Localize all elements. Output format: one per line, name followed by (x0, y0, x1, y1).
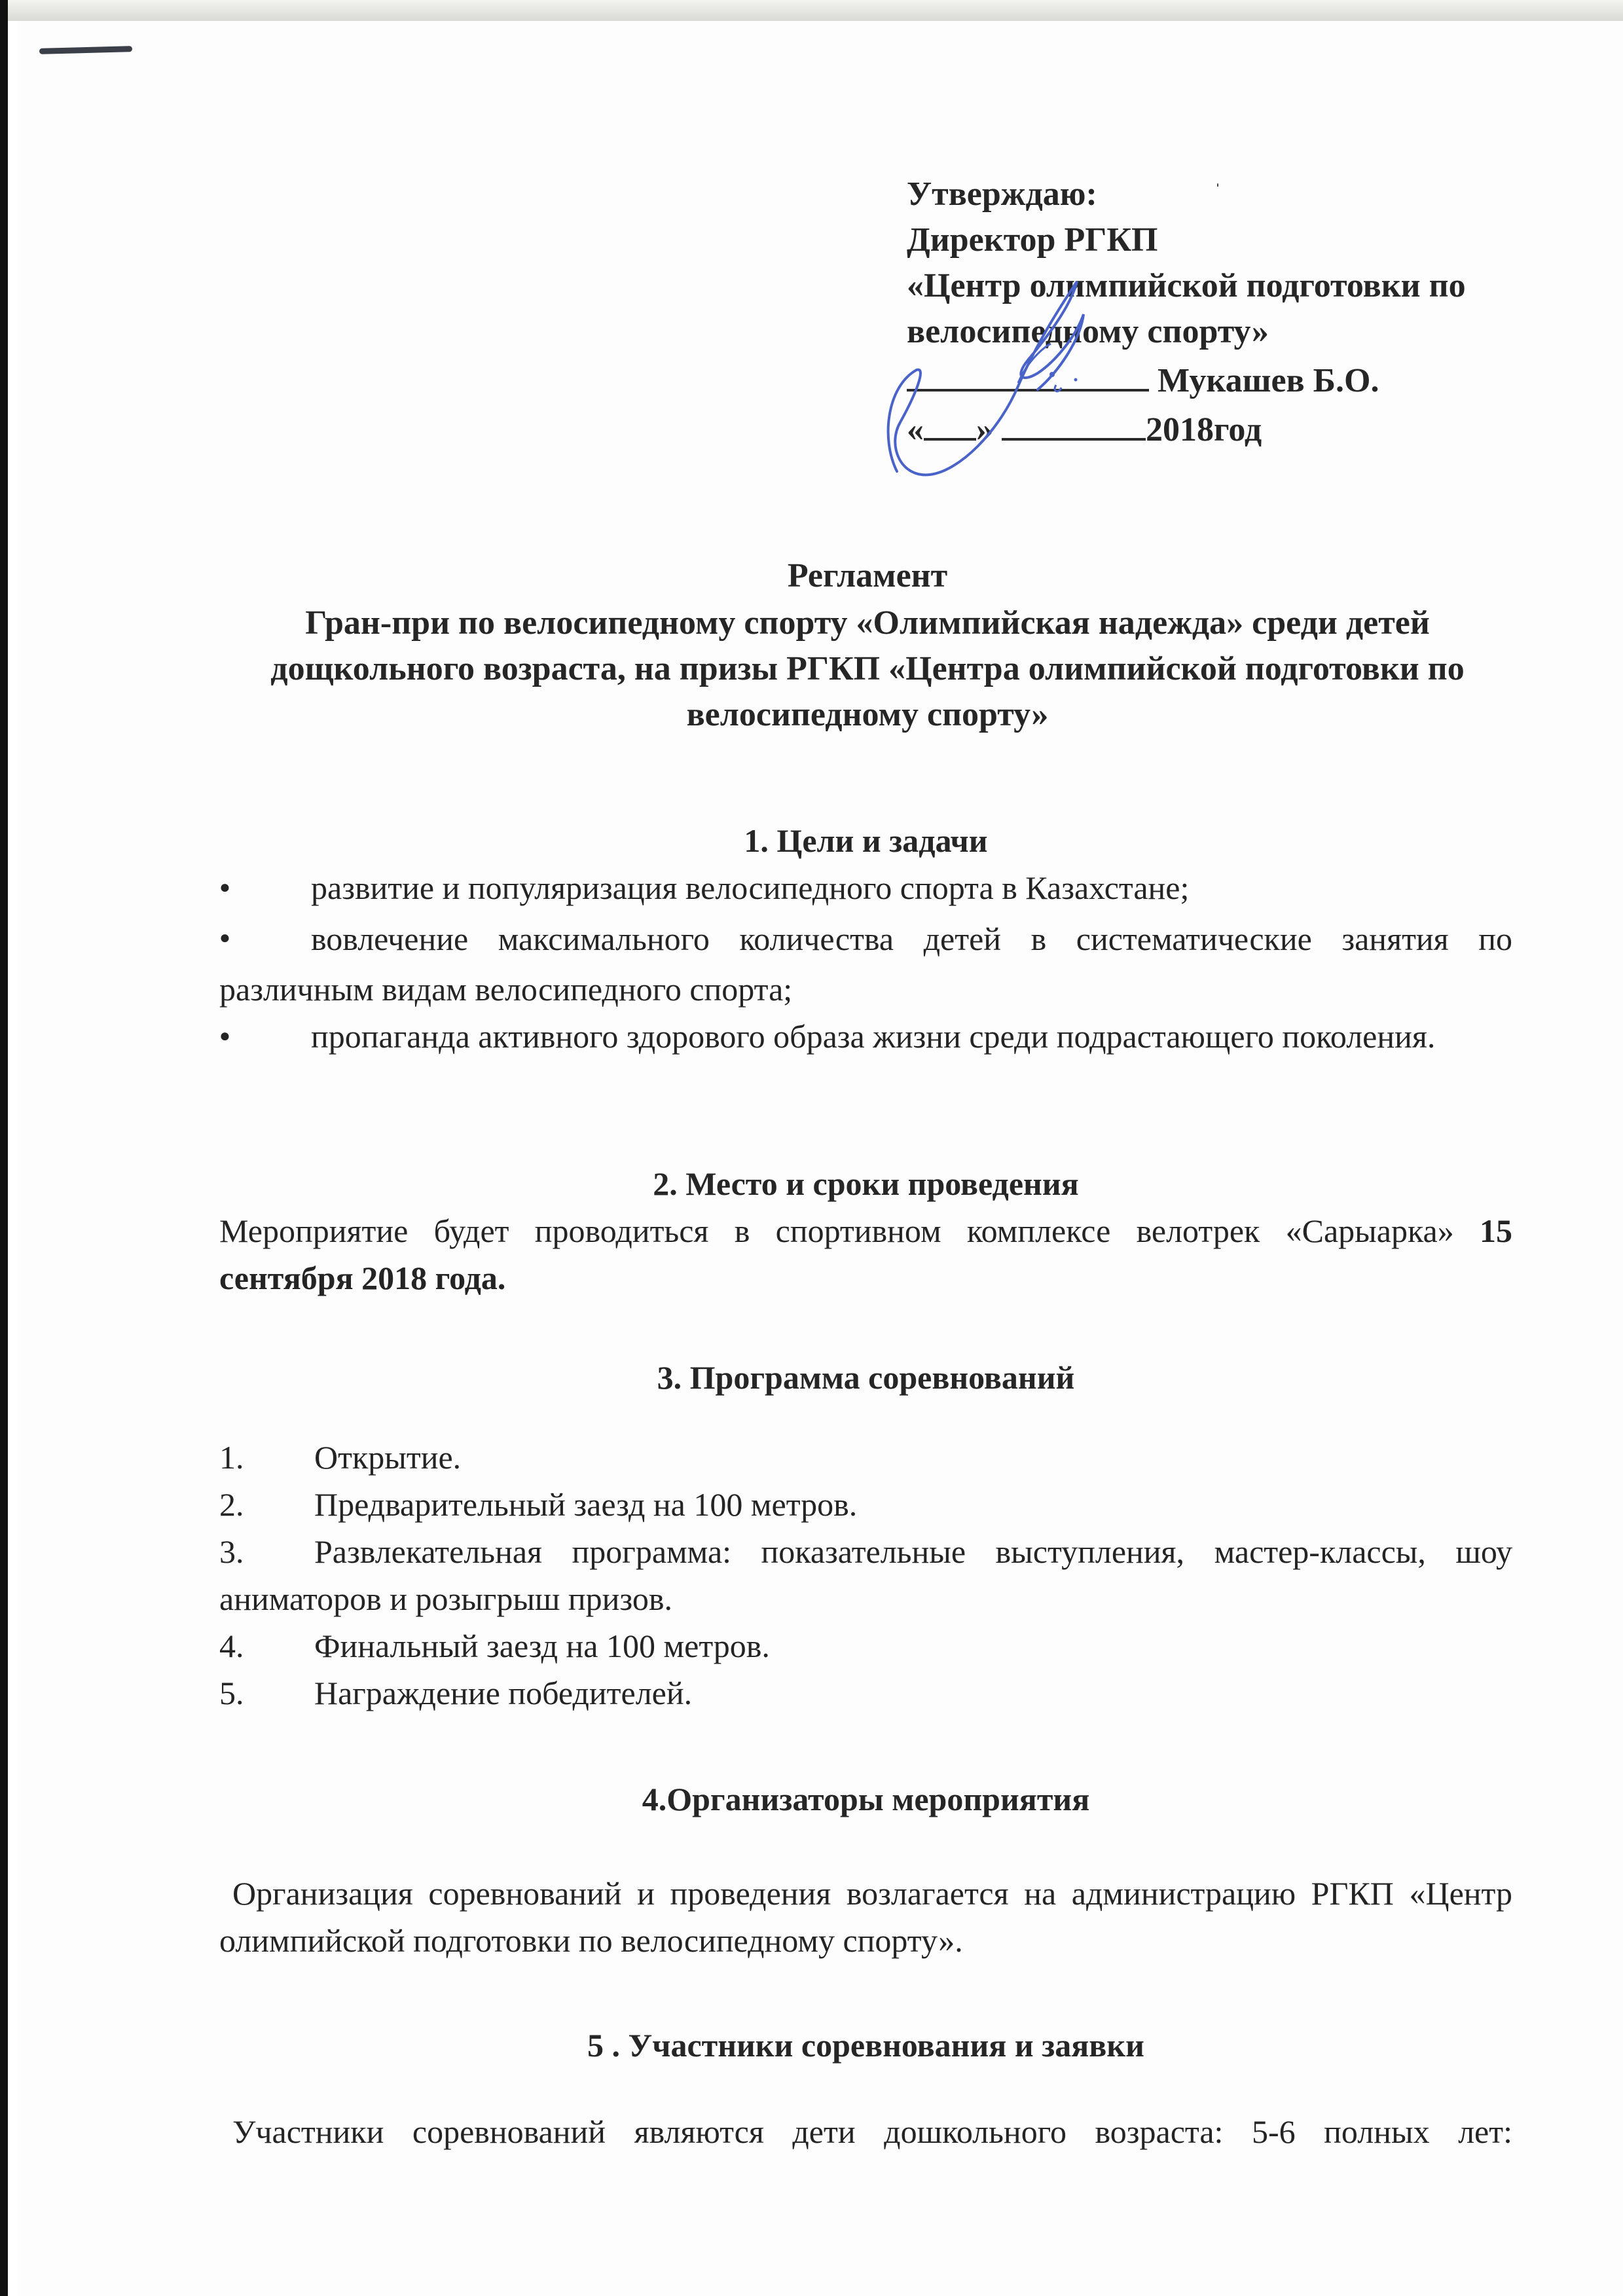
date-close-quote: » (976, 411, 993, 448)
list-item: 2.Предварительный заезд на 100 метров. (219, 1481, 1512, 1528)
list-item-text: Развлекательная программа: показательные… (219, 1533, 1512, 1617)
list-item-text: пропаганда активного здорового образа жи… (311, 1018, 1435, 1055)
approver-position: Директор РГКП (907, 217, 1548, 263)
list-item-number: 5. (219, 1669, 314, 1717)
list-item: 5.Награждение победителей. (219, 1669, 1512, 1717)
document-title-block: Регламент Гран-при по велосипедному спор… (196, 553, 1539, 738)
list-item-text: развитие и популяризация велосипедного с… (311, 869, 1189, 906)
bullet-icon: ● (219, 864, 311, 911)
list-item-text: Награждение победителей. (314, 1675, 692, 1711)
paragraph: Мероприятие будет проводиться в спортивн… (219, 1207, 1512, 1302)
signature-line: Мукашев Б.О. (907, 355, 1548, 404)
list-item: ●вовлечение максимального количества дет… (219, 915, 1512, 1013)
section-participants: 5 . Участники соревнования и заявки Учас… (219, 2022, 1512, 2155)
section-heading: 1. Цели и задачи (219, 817, 1512, 864)
month-blank (1002, 404, 1146, 441)
section-heading: 5 . Участники соревнования и заявки (219, 2022, 1512, 2069)
section-heading: 2. Место и сроки проведения (219, 1160, 1512, 1207)
bullet-icon: ● (219, 915, 311, 962)
date-line: «» 2018год (907, 404, 1548, 453)
list-item: 3.Развлекательная программа: показательн… (219, 1528, 1512, 1622)
paragraph: Участники соревнований являются дети дош… (219, 2108, 1512, 2155)
section-organizers: 4.Организаторы мероприятия Организация с… (219, 1776, 1512, 1964)
list-item-number: 2. (219, 1481, 314, 1528)
scan-border-top (8, 0, 1623, 21)
document-subtitle-line-2: дощкольного возраста, на призы РГКП «Цен… (196, 646, 1539, 692)
approval-block: Утверждаю: Директор РГКП «Центр олимпийс… (907, 172, 1548, 453)
approver-org-line-2: велосипедному спорту» (907, 309, 1548, 355)
signature-blank (907, 355, 1149, 392)
list-item-number: 1. (219, 1434, 314, 1481)
ink-tick-mark: ˈ (1214, 180, 1221, 202)
day-blank (924, 404, 976, 441)
list-item-text: вовлечение максимального количества дете… (219, 920, 1512, 1008)
section-heading: 3. Программа соревнований (219, 1354, 1512, 1401)
list-item: 1.Открытие. (219, 1434, 1512, 1481)
list-item-number: 4. (219, 1622, 314, 1669)
document-subtitle-line-1: Гран-при по велосипедному спорту «Олимпи… (196, 600, 1539, 646)
section-venue-dates: 2. Место и сроки проведения Мероприятие … (219, 1160, 1512, 1302)
list-item-text: Финальный заезд на 100 метров. (314, 1628, 770, 1664)
list-item: 4.Финальный заезд на 100 метров. (219, 1622, 1512, 1669)
document-title: Регламент (196, 553, 1539, 599)
scan-border-left (0, 0, 8, 2296)
list-item-text: Предварительный заезд на 100 метров. (314, 1486, 857, 1523)
signer-name: Мукашев Б.О. (1158, 362, 1379, 399)
section-goals: 1. Цели и задачи ●развитие и популяризац… (219, 817, 1512, 1064)
approval-year: 2018год (1146, 411, 1262, 448)
approver-org-line-1: «Центр олимпийской подготовки по (907, 263, 1548, 309)
bullet-icon: ● (219, 1013, 311, 1060)
paragraph: Организация соревнований и проведения во… (219, 1870, 1512, 1964)
date-open-quote: « (907, 411, 924, 448)
list-item: ●пропаганда активного здорового образа ж… (219, 1013, 1512, 1064)
venue-text: Мероприятие будет проводиться в спортивн… (219, 1212, 1454, 1249)
document-subtitle-line-3: велосипедному спорту» (196, 692, 1539, 738)
list-item-number: 3. (219, 1528, 314, 1575)
list-item-text: Открытие. (314, 1439, 461, 1476)
list-item: ●развитие и популяризация велосипедного … (219, 864, 1512, 915)
section-heading: 4.Организаторы мероприятия (219, 1776, 1512, 1823)
approve-label: Утверждаю: (907, 172, 1548, 217)
section-program: 3. Программа соревнований 1.Открытие. 2.… (219, 1354, 1512, 1717)
